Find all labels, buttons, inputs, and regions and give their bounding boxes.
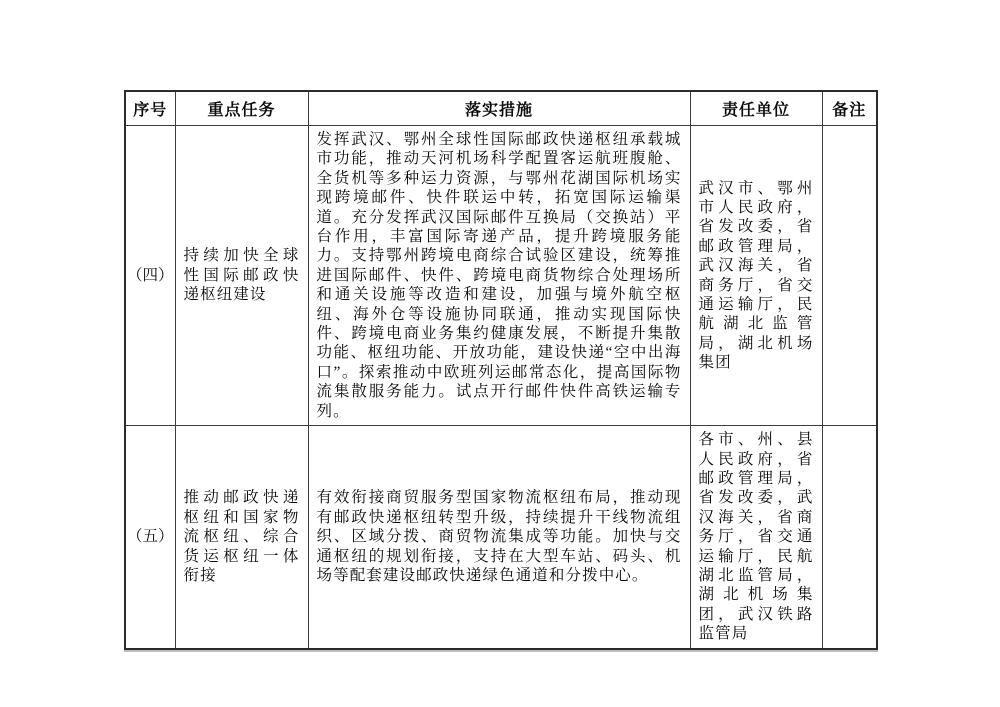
column-header-units: 责任单位 (690, 91, 822, 126)
document-page: 序号 重点任务 落实措施 责任单位 备注 （四） 持续加快全球性国际邮政快递枢纽… (0, 0, 1000, 707)
cell-units: 各市、州、县人民政府，省邮政管理局，省发改委，武汉海关，省商务厅，省交通运输厅，… (690, 426, 822, 649)
cell-task: 持续加快全球性国际邮政快递枢纽建设 (175, 126, 308, 426)
column-header-task: 重点任务 (175, 91, 308, 126)
cell-measures: 发挥武汉、鄂州全球性国际邮政快递枢纽承载城市功能，推动天河机场科学配置客运航班腹… (308, 126, 690, 426)
column-header-remarks: 备注 (822, 91, 877, 126)
cell-measures: 有效衔接商贸服务型国家物流枢纽布局，推动现有邮政快递枢纽转型升级，持续提升干线物… (308, 426, 690, 649)
cell-remarks (822, 126, 877, 426)
table-header-row: 序号 重点任务 落实措施 责任单位 备注 (125, 91, 877, 126)
column-header-serial: 序号 (125, 91, 175, 126)
cell-units: 武汉市、鄂州市人民政府，省发改委，省邮政管理局，武汉海关，省商务厅，省交通运输厅… (690, 126, 822, 426)
task-table: 序号 重点任务 落实措施 责任单位 备注 （四） 持续加快全球性国际邮政快递枢纽… (124, 90, 878, 650)
column-header-measures: 落实措施 (308, 91, 690, 126)
table-row: （四） 持续加快全球性国际邮政快递枢纽建设 发挥武汉、鄂州全球性国际邮政快递枢纽… (125, 126, 877, 426)
cell-remarks (822, 426, 877, 649)
cell-task: 推动邮政快递枢纽和国家物流枢纽、综合货运枢纽一体衔接 (175, 426, 308, 649)
cell-serial: （五） (125, 426, 175, 649)
cell-serial: （四） (125, 126, 175, 426)
table-row: （五） 推动邮政快递枢纽和国家物流枢纽、综合货运枢纽一体衔接 有效衔接商贸服务型… (125, 426, 877, 649)
